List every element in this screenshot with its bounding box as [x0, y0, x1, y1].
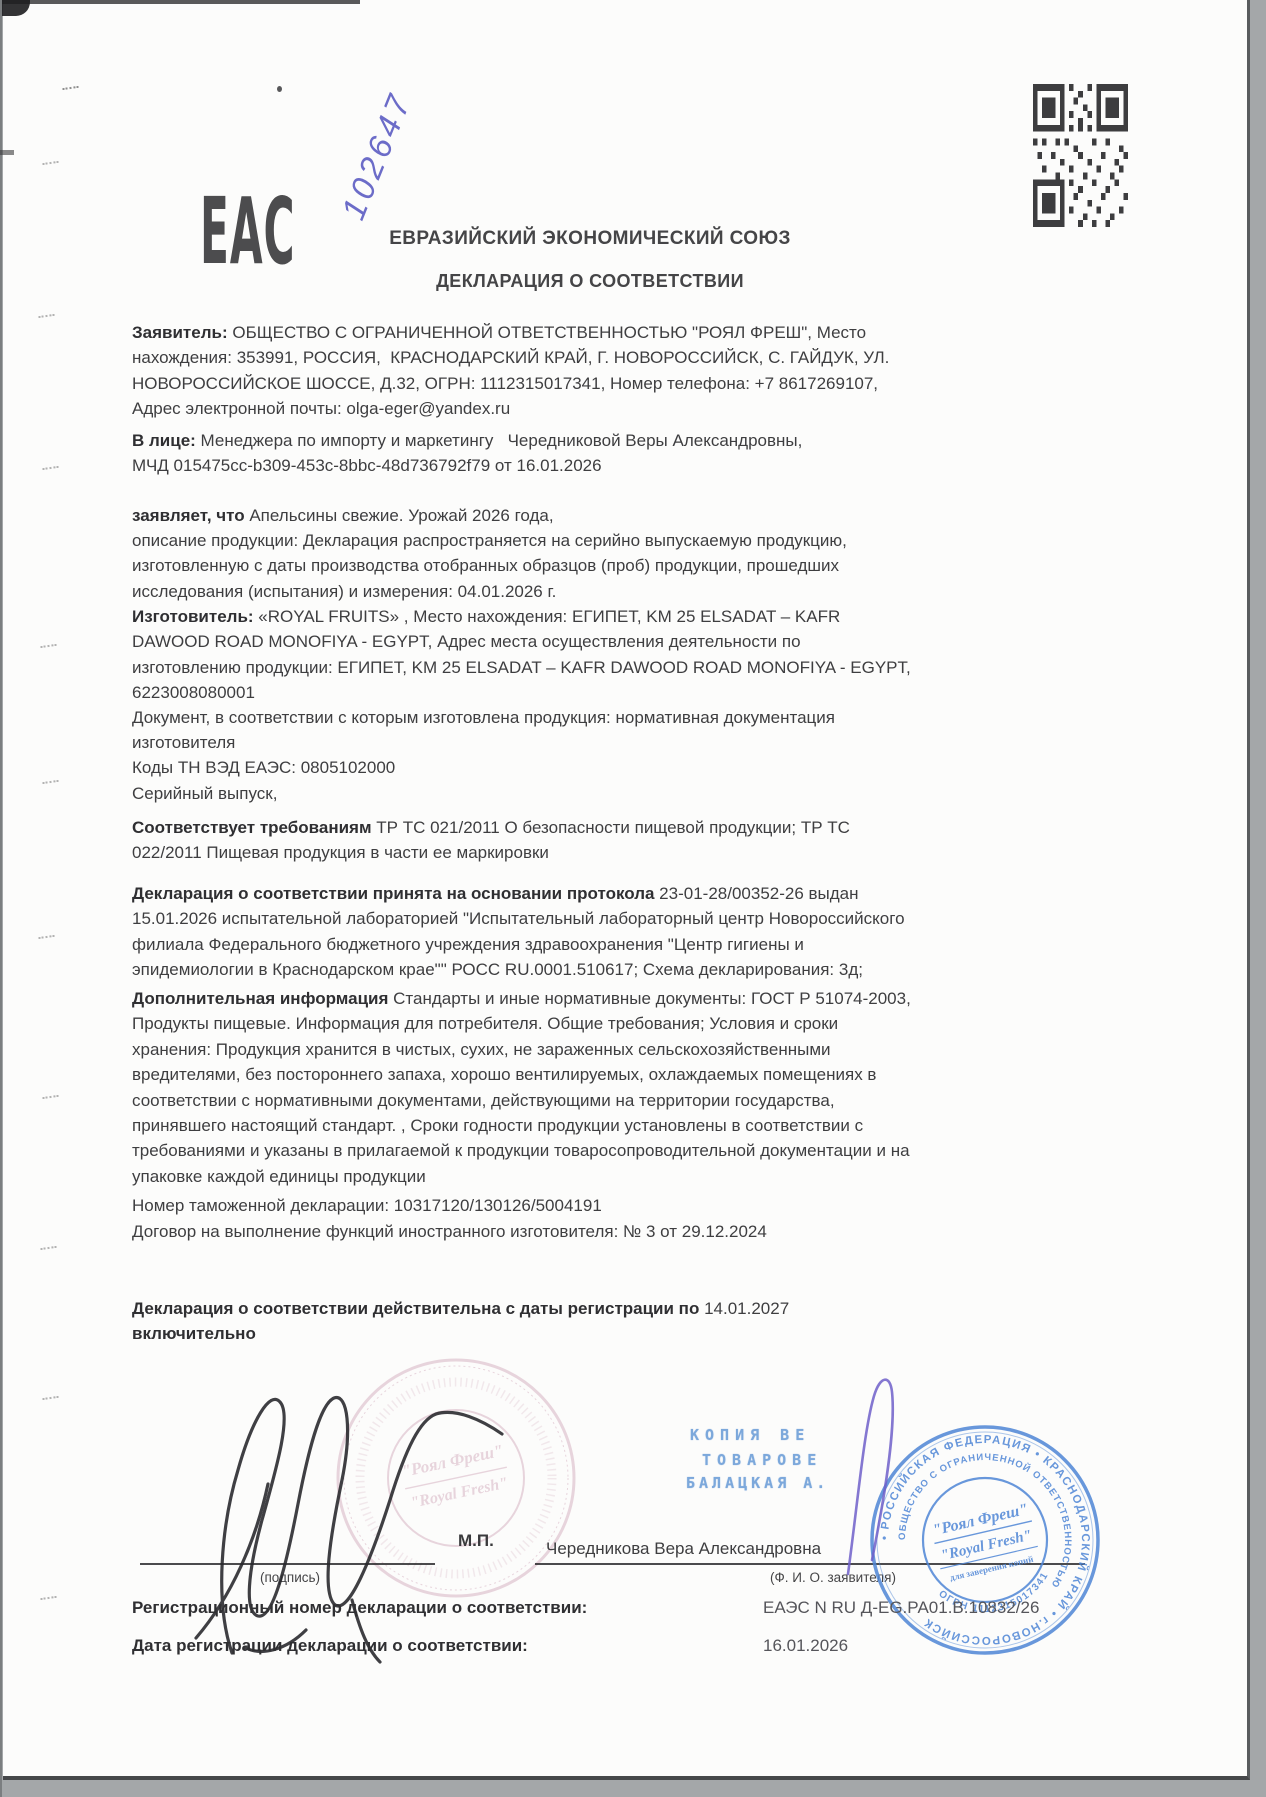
paragraph-manufacturer: Изготовитель: «ROYAL FRUITS» , Место нах…	[132, 604, 1192, 706]
representative-label: В лице:	[132, 431, 196, 450]
paragraph-customs-declaration: Номер таможенной декларации: 10317120/13…	[132, 1193, 1192, 1218]
product-description-text: описание продукции: Декларация распростр…	[132, 531, 847, 601]
reg-number-label: Регистрационный номер декларации о соотв…	[132, 1598, 587, 1618]
serial-production-text: Серийный выпуск,	[132, 784, 277, 803]
copy-stamp-line1: КОПИЯ ВЕ	[690, 1426, 810, 1444]
signature-caption: (подпись)	[235, 1570, 345, 1585]
applicant-name: Чередникова Вера Александровна	[546, 1539, 821, 1559]
declares-text: Апельсины свежие. Урожай 2026 года,	[245, 506, 554, 525]
paragraph-protocol: Декларация о соответствии принята на осн…	[132, 881, 1192, 983]
additional-info-text: Стандарты и иные нормативные документы: …	[132, 989, 911, 1186]
foreign-contract-text: Договор на выполнение функций иностранно…	[132, 1222, 767, 1241]
requirements-label: Соответствует требованиям	[132, 818, 372, 837]
paragraph-tnved-codes: Коды ТН ВЭД ЕАЭС: 0805102000	[132, 755, 1192, 780]
scanned-declaration-document: { "header": { "eac_logo": "ЕАС", "handwr…	[0, 0, 1266, 1797]
applicant-label: Заявитель:	[132, 323, 228, 342]
scan-edge-top	[0, 0, 360, 4]
reg-date-value: 16.01.2026	[763, 1636, 848, 1656]
validity-label: Декларация о соответствии действительна …	[132, 1299, 699, 1318]
paragraph-requirements: Соответствует требованиям ТР ТС 021/2011…	[132, 815, 1192, 866]
declares-label: заявляет, что	[132, 506, 245, 525]
name-line	[535, 1563, 1085, 1565]
reg-number-value: ЕАЭС N RU Д-EG.РА01.В.10832/26	[763, 1598, 1039, 1618]
paragraph-applicant: Заявитель: ОБЩЕСТВО С ОГРАНИЧЕННОЙ ОТВЕТ…	[132, 320, 1192, 422]
validity-label2: включительно	[132, 1324, 256, 1343]
qr-code-icon	[1033, 84, 1128, 227]
qr-finder-bottom-left	[1033, 179, 1065, 227]
paragraph-additional-info: Дополнительная информация Стандарты и ин…	[132, 986, 1192, 1189]
customs-declaration-text: Номер таможенной декларации: 10317120/13…	[132, 1196, 602, 1215]
manufacturer-label: Изготовитель:	[132, 607, 254, 626]
signature-line	[140, 1563, 435, 1565]
paragraph-foreign-contract: Договор на выполнение функций иностранно…	[132, 1219, 1192, 1244]
representative-text: Менеджера по импорту и маркетингу Чередн…	[132, 431, 802, 475]
ink-dot	[277, 86, 282, 92]
qr-finder-top-left	[1033, 84, 1065, 132]
document-title-declaration: ДЕКЛАРАЦИЯ О СООТВЕТСТВИИ	[130, 271, 1050, 292]
copy-stamp-line2: ТОВАРОВЕ	[702, 1451, 822, 1469]
reg-date-label: Дата регистрации декларации о соответств…	[132, 1636, 528, 1656]
stamp-place-label: М.П.	[458, 1531, 494, 1551]
applicant-text: ОБЩЕСТВО С ОГРАНИЧЕННОЙ ОТВЕТСТВЕННОСТЬЮ…	[132, 323, 889, 418]
paragraph-serial-production: Серийный выпуск,	[132, 781, 1192, 806]
paragraph-declares: заявляет, что Апельсины свежие. Урожай 2…	[132, 503, 1192, 528]
paragraph-representative: В лице: Менеджера по импорту и маркетинг…	[132, 428, 1192, 479]
scan-edge-left	[0, 0, 2, 1797]
copy-stamp-line3: БАЛАЦКАЯ А.	[686, 1474, 829, 1492]
additional-info-label: Дополнительная информация	[132, 989, 388, 1008]
scan-edge-notch	[0, 150, 14, 155]
qr-finder-top-right	[1096, 84, 1128, 132]
protocol-label: Декларация о соответствии принята на осн…	[132, 884, 654, 903]
paragraph-product-description: описание продукции: Декларация распростр…	[132, 528, 1192, 604]
paragraph-validity: Декларация о соответствии действительна …	[132, 1296, 1192, 1347]
normative-document-text: Документ, в соответствии с которым изгот…	[132, 708, 835, 752]
document-title-union: ЕВРАЗИЙСКИЙ ЭКОНОМИЧЕСКИЙ СОЮЗ	[130, 228, 1050, 250]
tnved-codes-text: Коды ТН ВЭД ЕАЭС: 0805102000	[132, 758, 395, 777]
name-caption: (Ф. И. О. заявителя)	[748, 1570, 918, 1585]
paragraph-normative-document: Документ, в соответствии с которым изгот…	[132, 705, 1192, 756]
validity-date: 14.01.2027	[699, 1299, 789, 1318]
